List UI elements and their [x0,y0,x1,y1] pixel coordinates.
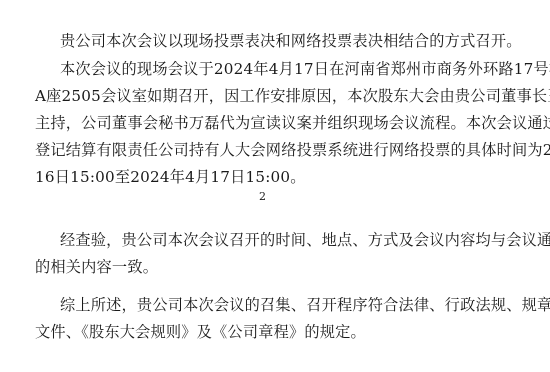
paragraph-voting-method-line-1: 贵公司本次会议以现场投票表决和网络投票表决相结合的方式召开。 [60,33,522,49]
paragraph-meeting-details-line-4: 登记结算有限责任公司持有人大会网络投票系统进行网络投票的具体时间为2024年4月 [35,142,550,158]
paragraph-meeting-details-line-1: 本次会议的现场会议于2024年4月17日在河南省郑州市商务外环路17号格拉姆大厦 [60,61,550,77]
paragraph-verification-line-2: 的相关内容一致。 [35,259,158,275]
paragraph-meeting-details-line-2: A座2505会议室如期召开，因工作安排原因，本次股东大会由贵公司董事长王来福线上 [35,88,550,104]
paragraph-verification-line-1: 经查验，贵公司本次会议召开的时间、地点、方式及会议内容均与会议通知所载明 [60,232,550,248]
paragraph-meeting-details-line-3: 主持，公司董事会秘书万磊代为宣读议案并组织现场会议流程。本次会议通过中国证券 [35,115,550,131]
paragraph-conclusion-line-1: 综上所述，贵公司本次会议的召集、召开程序符合法律、行政法规、规章、规范性 [60,297,550,313]
paragraph-conclusion-line-2: 文件、《股东大会规则》及《公司章程》的规定。 [35,324,366,340]
document-page: 贵公司本次会议以现场投票表决和网络投票表决相结合的方式召开。 本次会议的现场会议… [0,0,550,372]
page-number: 2 [259,191,266,203]
paragraph-meeting-details-line-5: 16日15:00至2024年4月17日15:00。 [35,169,306,185]
